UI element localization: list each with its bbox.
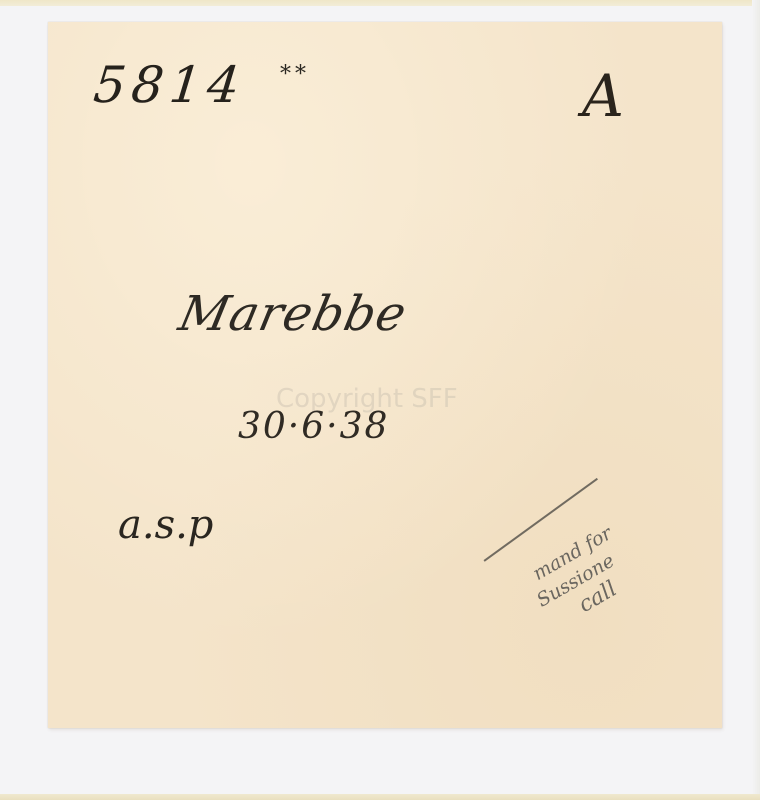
location-name: Marebbe [174,286,412,342]
specimen-label-card: 5814 ** A Marebbe Copyright SFF 30·6·38 … [48,22,722,728]
catalog-marks: ** [280,62,310,87]
grade-letter: A [582,62,624,130]
abbreviation: a.s.p [118,502,213,548]
pencil-annotation: mand for Sussione call [520,480,713,635]
catalog-number: 5814 [91,56,248,114]
mount-top-strip [0,0,760,6]
mount-bottom-strip [0,794,760,800]
collection-date: 30·6·38 [238,406,389,447]
mount-right-edge [752,0,760,800]
